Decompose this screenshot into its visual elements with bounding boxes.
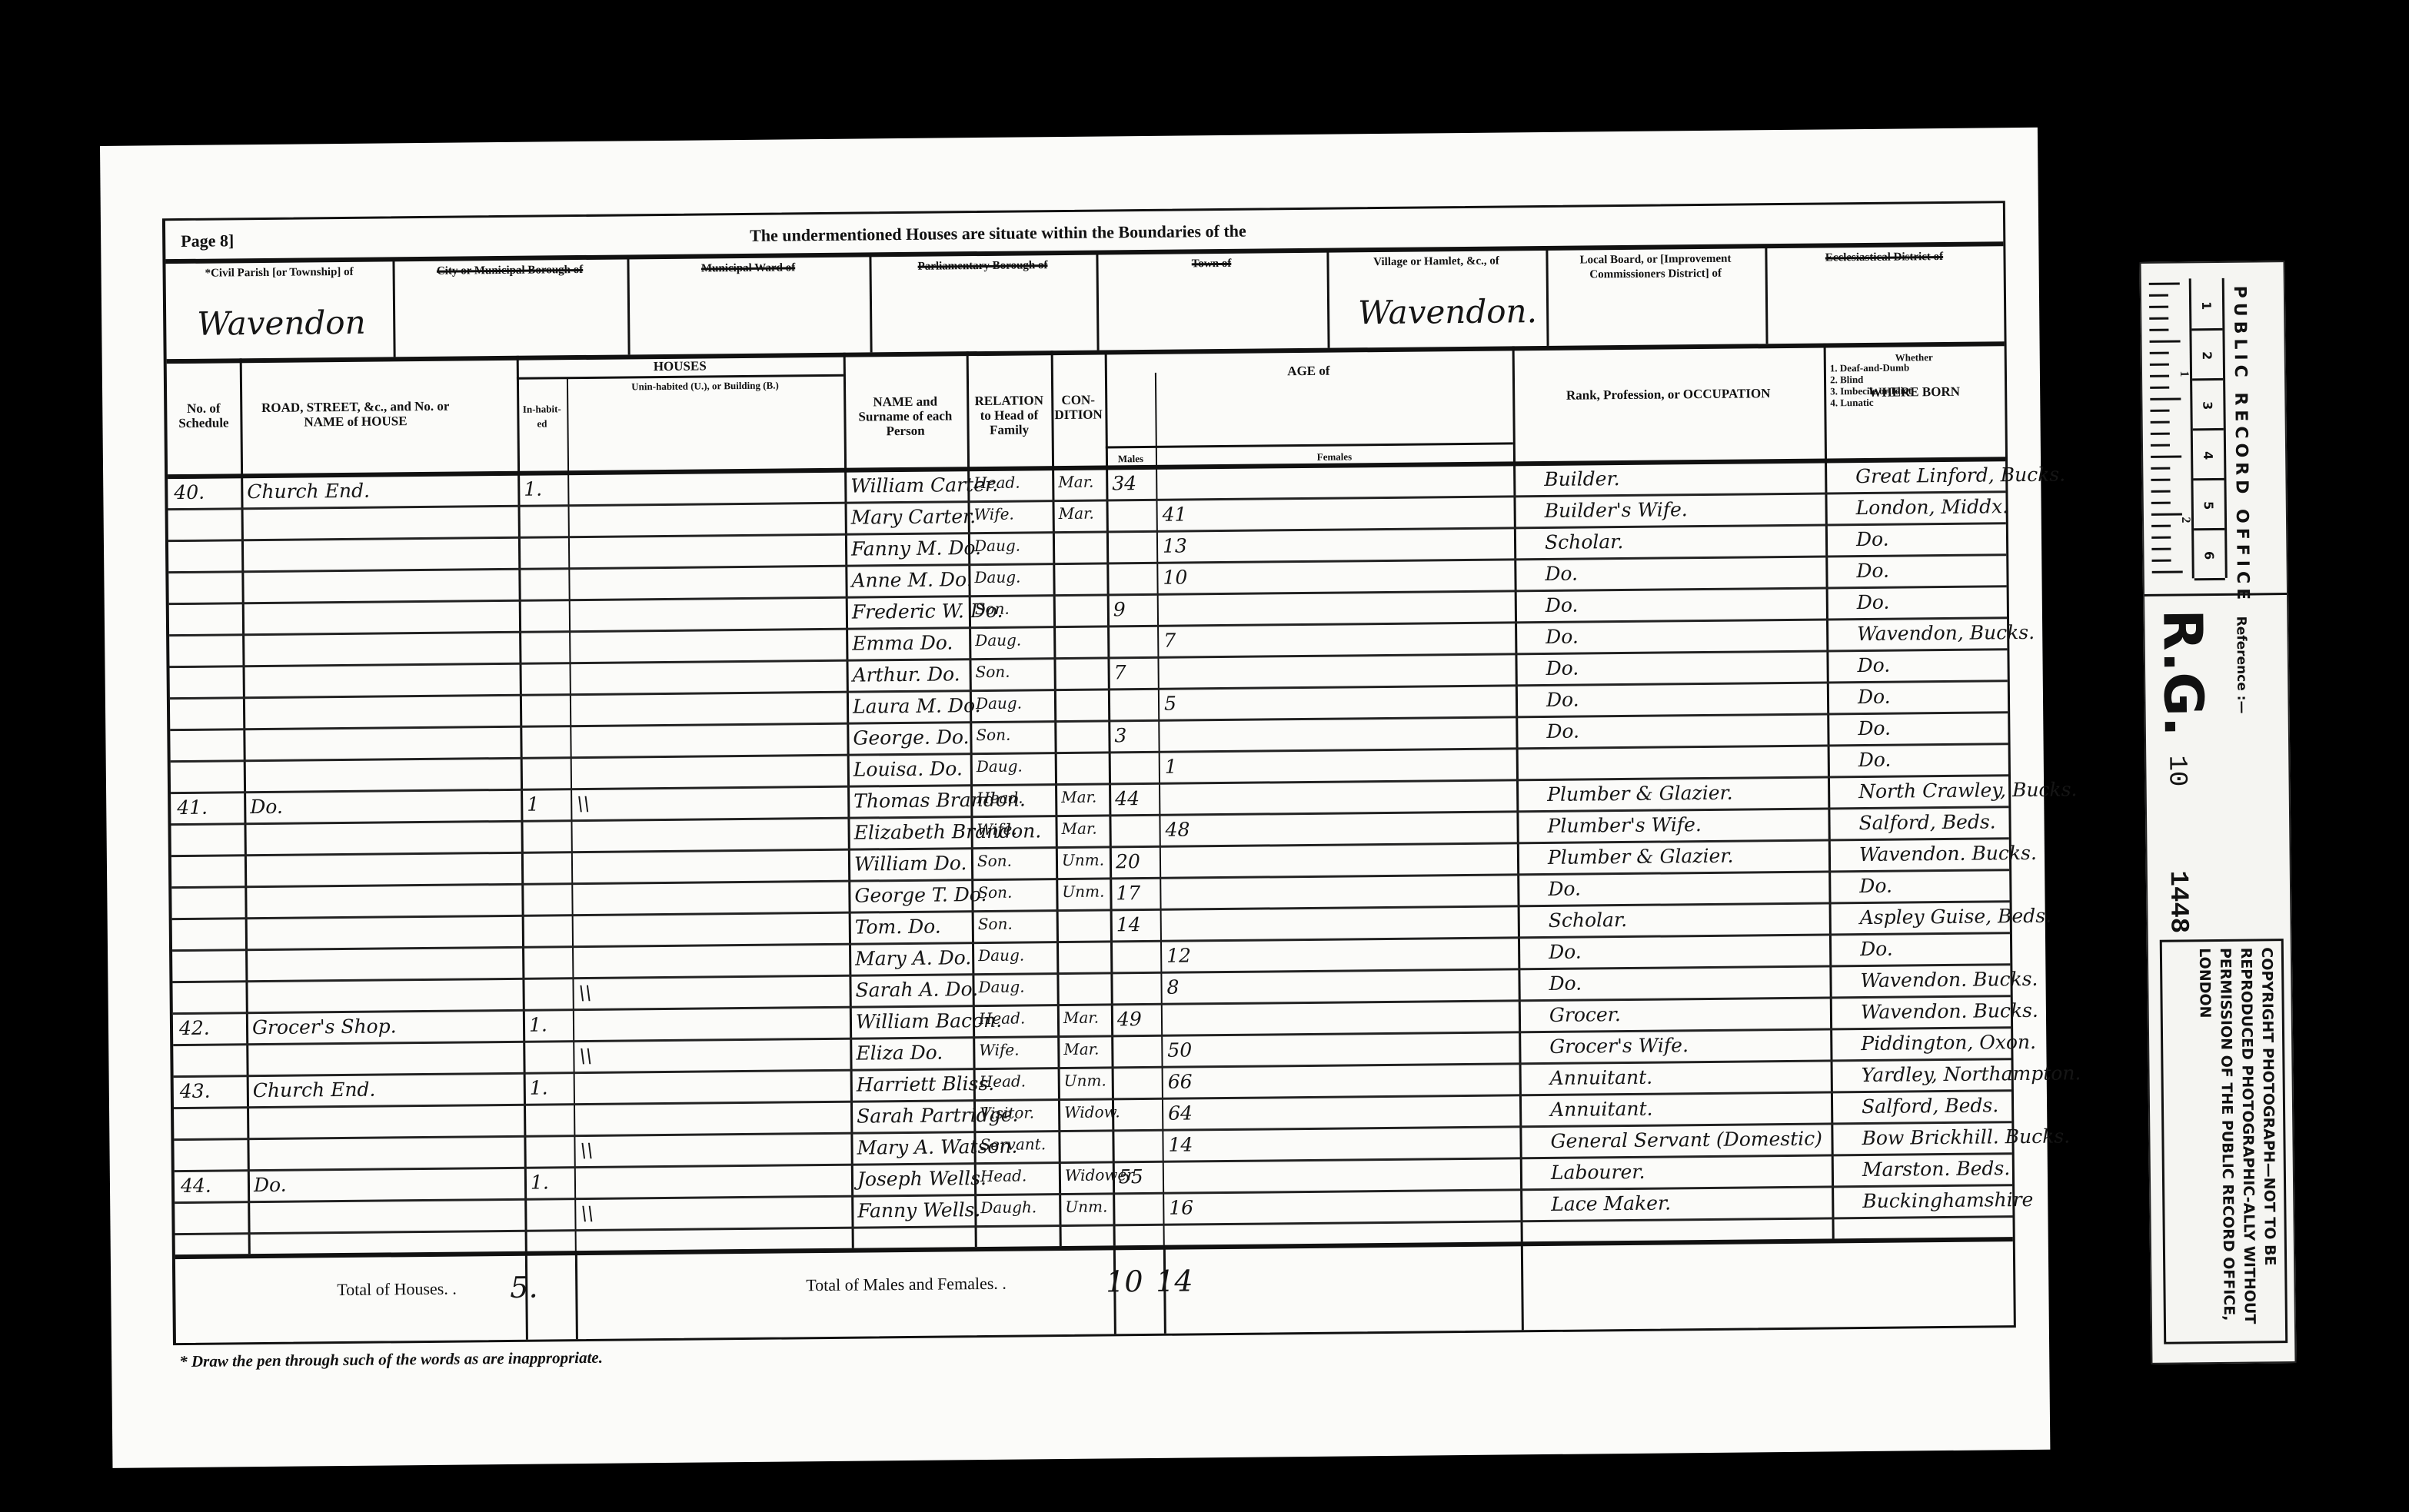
where-born: Do. — [1857, 591, 1890, 613]
person-name: Sarah A. Do. — [855, 978, 978, 1002]
column-header-name: NAME and Surname of each Person — [847, 394, 964, 438]
relation: Son. — [977, 883, 1012, 902]
where-born: Bow Brickhill. Bucks. — [1862, 1125, 2070, 1149]
relation: Head. — [979, 1009, 1026, 1028]
male-age: 3 — [1114, 724, 1126, 746]
column-header-disability-item: 3. Imbecile or Idiot — [1830, 384, 1912, 397]
occupation: Lace Maker. — [1551, 1191, 1671, 1215]
scale-number: 4 — [2201, 451, 2215, 460]
male-age: 49 — [1117, 1008, 1142, 1030]
occupation: Labourer. — [1551, 1161, 1645, 1184]
relation: Wife. — [979, 1041, 1019, 1060]
boundary-label: Parliamentary Borough of — [872, 258, 1093, 275]
reference-label: Reference :— — [2233, 616, 2249, 714]
inhabited-count: 1. — [529, 1013, 547, 1035]
condition: Mar. — [1063, 1009, 1099, 1027]
male-age: 20 — [1116, 850, 1140, 872]
ruler-scale: 12 — [2141, 263, 2191, 587]
female-age: 5 — [1164, 693, 1176, 715]
column-header-occupation: Rank, Profession, or OCCUPATION — [1516, 386, 1821, 404]
relation: Head. — [977, 789, 1023, 808]
schedule-number: 41. — [177, 796, 208, 819]
road-name: Church End. — [253, 1078, 376, 1102]
relation: Daug. — [978, 978, 1024, 997]
where-born: Do. — [1856, 560, 1889, 582]
folio-number: 1448 — [2163, 870, 2193, 933]
female-age: 16 — [1169, 1196, 1193, 1218]
page-label: Page 8] — [181, 231, 234, 251]
occupation: Do. — [1546, 626, 1579, 648]
scale-number: 5 — [2201, 501, 2216, 510]
column-header-age: AGE of — [1105, 361, 1512, 380]
relation: Daug. — [974, 537, 1020, 556]
copyright-box: COPYRIGHT PHOTOGRAPH—NOT TO BE REPRODUCE… — [2160, 939, 2288, 1344]
column-header-disability-item: 2. Blind — [1830, 374, 1864, 386]
form-title: The undermentioned Houses are situate wi… — [750, 221, 1246, 246]
boundary-label: Town of — [1099, 256, 1323, 273]
female-age: 48 — [1165, 818, 1190, 840]
relation: Head. — [980, 1072, 1026, 1091]
female-age: 8 — [1166, 976, 1179, 999]
relation: Daug. — [975, 631, 1021, 650]
office-label: PUBLIC RECORD OFFICE — [2230, 286, 2252, 605]
condition: Mar. — [1061, 819, 1096, 838]
male-age: 17 — [1116, 882, 1140, 904]
relation: Daug. — [976, 694, 1022, 713]
occupation: Do. — [1546, 657, 1579, 680]
person-name: Tom. Do. — [855, 916, 941, 939]
uninhabited-mark: \\ — [577, 793, 590, 815]
column-header-road: ROAD, STREET, &c., and No. or NAME of HO… — [243, 398, 467, 430]
scale-number: 2 — [2200, 351, 2214, 360]
footnote: * Draw the pen through such of the words… — [179, 1348, 603, 1371]
person-name: Joseph Wells. — [857, 1167, 987, 1191]
occupation: Do. — [1548, 878, 1581, 900]
where-born: Do. — [1858, 749, 1892, 771]
boundary-label: City or Municipal Borough of — [395, 262, 624, 279]
where-born: Do. — [1859, 875, 1892, 897]
uninhabited-mark: \\ — [580, 1139, 593, 1161]
person-name: Mary Carter. — [851, 505, 977, 529]
female-age: 50 — [1167, 1038, 1192, 1061]
occupation: Do. — [1546, 720, 1579, 743]
person-name: Eliza Do. — [856, 1042, 943, 1065]
column-header-males: Males — [1106, 451, 1156, 467]
relation: Head. — [973, 474, 1020, 493]
condition: Mar. — [1061, 788, 1096, 806]
occupation: Annuitant. — [1550, 1066, 1653, 1089]
road-name: Do. — [250, 796, 283, 818]
schedule-number: 42. — [179, 1017, 210, 1039]
where-born: Wavendon, Bucks. — [1857, 621, 2035, 645]
census-page: Page 8] The undermentioned Houses are si… — [100, 128, 2050, 1468]
where-born: Wavendon. Bucks. — [1860, 968, 2038, 992]
person-name: Fanny Wells. — [857, 1198, 980, 1222]
boundary-label: Municipal Ward of — [630, 260, 866, 277]
occupation: Builder's Wife. — [1545, 498, 1688, 522]
total-males: 10 — [1106, 1264, 1143, 1298]
column-header-inhabited: In-habit-ed — [518, 401, 565, 431]
piece-number: 10 — [2161, 755, 2191, 786]
occupation: Plumber's Wife. — [1547, 813, 1702, 837]
relation: Daug. — [977, 757, 1023, 776]
ruler-inch-mark: 1 — [2177, 371, 2191, 377]
male-age: 44 — [1115, 787, 1140, 809]
relation: Daug. — [978, 946, 1024, 965]
relation: Servant. — [980, 1135, 1046, 1154]
female-age: 1 — [1165, 756, 1177, 778]
female-age: 10 — [1163, 566, 1187, 588]
total-houses-label: Total of Houses. . — [337, 1279, 457, 1300]
uninhabited-mark: \\ — [578, 982, 591, 1004]
relation: Wife. — [977, 820, 1017, 839]
column-header-schedule: No. of Schedule — [170, 400, 237, 430]
condition: Mar. — [1058, 473, 1093, 491]
condition: Unm. — [1065, 1197, 1107, 1216]
where-born: Do. — [1858, 717, 1891, 739]
scale-number: 6 — [2201, 551, 2216, 560]
uninhabited-mark: \\ — [579, 1045, 592, 1067]
condition: Mar. — [1063, 1040, 1099, 1058]
inhabited-count: 1. — [524, 478, 542, 500]
where-born: North Crawley, Bucks. — [1858, 778, 2078, 803]
relation: Son. — [976, 726, 1010, 744]
person-name: Arthur. Do. — [853, 663, 960, 686]
where-born: Do. — [1860, 938, 1893, 960]
condition: Unm. — [1062, 882, 1104, 902]
where-born: Do. — [1856, 528, 1889, 550]
relation: Daugh. — [980, 1198, 1036, 1217]
relation: Daug. — [974, 568, 1020, 587]
person-name: Emma Do. — [852, 631, 953, 654]
census-form: Page 8] The undermentioned Houses are si… — [162, 201, 2016, 1345]
person-name: Laura M. Do. — [853, 694, 981, 718]
column-header-uninhabited: Unin-habited (U.), or Building (B.) — [568, 380, 842, 393]
column-headers: No. of ScheduleROAD, STREET, &c., and No… — [165, 203, 2003, 221]
column-header-disability-item: 4. Lunatic — [1830, 397, 1873, 410]
scale-number: 3 — [2200, 401, 2214, 410]
total-houses-value: 5. — [510, 1271, 538, 1304]
where-born: Buckinghamshire — [1862, 1188, 2033, 1212]
person-name: Louisa. Do. — [853, 757, 963, 780]
male-age: 14 — [1116, 913, 1141, 935]
condition: Unm. — [1062, 851, 1104, 870]
boundary-value: Wavendon. — [1358, 292, 1537, 331]
where-born: Wavendon. Bucks. — [1859, 842, 2037, 866]
boundary-label: Ecclesiastical District of — [1768, 249, 2000, 266]
occupation: Annuitant. — [1550, 1098, 1653, 1121]
road-name: Do. — [254, 1174, 287, 1196]
column-header-relation: RELATION to Head of Family — [970, 393, 1049, 437]
where-born: Aspley Guise, Beds. — [1860, 905, 2052, 929]
inhabited-count: 1. — [530, 1076, 548, 1098]
relation: Son. — [978, 915, 1013, 933]
occupation: Plumber & Glazier. — [1548, 845, 1734, 869]
column-header-disability-item: 1. Deaf-and-Dumb — [1830, 361, 1909, 374]
occupation: General Servant (Domestic) — [1550, 1128, 1822, 1152]
where-born: London, Middx. — [1855, 495, 2008, 519]
occupation: Do. — [1546, 594, 1579, 616]
relation: Wife. — [974, 505, 1014, 524]
relation: Son. — [977, 852, 1012, 870]
road-name: Church End. — [247, 480, 370, 503]
where-born: Salford, Beds. — [1862, 1094, 1998, 1118]
condition: Mar. — [1059, 504, 1094, 523]
boundary-value: Wavendon — [197, 304, 366, 343]
occupation: Grocer. — [1549, 1003, 1621, 1026]
column-header-condition: CON-DITION — [1054, 393, 1102, 423]
condition: Unm. — [1064, 1071, 1106, 1090]
uninhabited-mark: \\ — [581, 1202, 594, 1225]
person-name: Fanny M. Do. — [851, 537, 981, 560]
road-name: Grocer's Shop. — [252, 1015, 397, 1038]
boundary-label: Village or Hamlet, &c., of — [1329, 254, 1542, 271]
male-age: 55 — [1119, 1165, 1143, 1188]
relation: Son. — [975, 600, 1010, 618]
female-age: 7 — [1163, 630, 1176, 652]
occupation: Do. — [1549, 941, 1582, 963]
male-age: 9 — [1113, 598, 1126, 620]
scale-number: 1 — [2199, 301, 2214, 310]
relation: Son. — [976, 663, 1010, 681]
where-born: Yardley, Northampton. — [1862, 1062, 2081, 1086]
relation: Visitor. — [980, 1103, 1034, 1122]
person-name: George T. Do. — [854, 883, 987, 907]
occupation: Scholar. — [1549, 909, 1628, 932]
person-name: Anne M. Do. — [851, 568, 972, 592]
column-header-houses: HOUSES — [517, 357, 843, 375]
occupation: Plumber & Glazier. — [1547, 782, 1733, 806]
person-name: George. Do. — [853, 726, 969, 749]
total-persons-label: Total of Males and Females. . — [806, 1274, 1007, 1296]
occupation: Do. — [1546, 689, 1579, 711]
copyright-notice: COPYRIGHT PHOTOGRAPH—NOT TO BE REPRODUCE… — [2194, 947, 2281, 1332]
occupation: Do. — [1549, 972, 1582, 995]
person-name: Mary A. Do. — [855, 946, 971, 969]
occupation: Grocer's Wife. — [1549, 1034, 1689, 1058]
schedule-number: 44. — [181, 1175, 211, 1197]
ruler-inch-mark: 2 — [2178, 517, 2192, 523]
occupation: Do. — [1545, 563, 1578, 585]
inhabited-count: 1. — [531, 1171, 549, 1193]
person-name: Harriett Bliss. — [857, 1072, 995, 1096]
series-code: R.G. — [2151, 609, 2215, 737]
total-females: 14 — [1156, 1264, 1193, 1298]
person-name: William Do. — [854, 852, 967, 875]
inhabited-count: 1 — [527, 793, 539, 816]
female-age: 64 — [1168, 1102, 1193, 1124]
occupation: Builder. — [1544, 467, 1620, 490]
scale-boxes: 123456 — [2189, 278, 2228, 578]
census-rows: 40.Church End.1.William Carter.Head.Mar.… — [165, 203, 2003, 221]
where-born: Salford, Beds. — [1858, 810, 1995, 834]
where-born: Do. — [1857, 654, 1890, 676]
schedule-number: 40. — [174, 481, 205, 503]
female-age: 14 — [1168, 1133, 1193, 1155]
where-born: Do. — [1858, 686, 1891, 708]
male-age: 7 — [1113, 661, 1126, 683]
relation: Head. — [980, 1166, 1027, 1185]
boundary-label: Local Board, or [Improvement Commissione… — [1549, 251, 1762, 283]
condition: Widow. — [1064, 1102, 1120, 1122]
boundaries-row: *Civil Parish [or Township] ofWavendonCi… — [165, 203, 2003, 221]
female-age: 12 — [1166, 944, 1191, 966]
occupation: Scholar. — [1545, 530, 1624, 553]
female-age: 41 — [1163, 503, 1187, 525]
boundary-label: *Civil Parish [or Township] of — [169, 264, 390, 281]
where-born: Great Linford, Bucks. — [1855, 463, 2065, 487]
where-born: Piddington, Oxon. — [1861, 1031, 2036, 1055]
reference-strip: 12 PUBLIC RECORD OFFICE 123456 R.G. Refe… — [2139, 261, 2296, 1364]
where-born: Marston. Beds. — [1862, 1157, 2011, 1181]
female-age: 13 — [1163, 534, 1187, 557]
where-born: Wavendon. Bucks. — [1861, 999, 2038, 1023]
schedule-number: 43. — [180, 1080, 211, 1102]
female-age: 66 — [1168, 1070, 1193, 1092]
male-age: 34 — [1112, 472, 1136, 494]
